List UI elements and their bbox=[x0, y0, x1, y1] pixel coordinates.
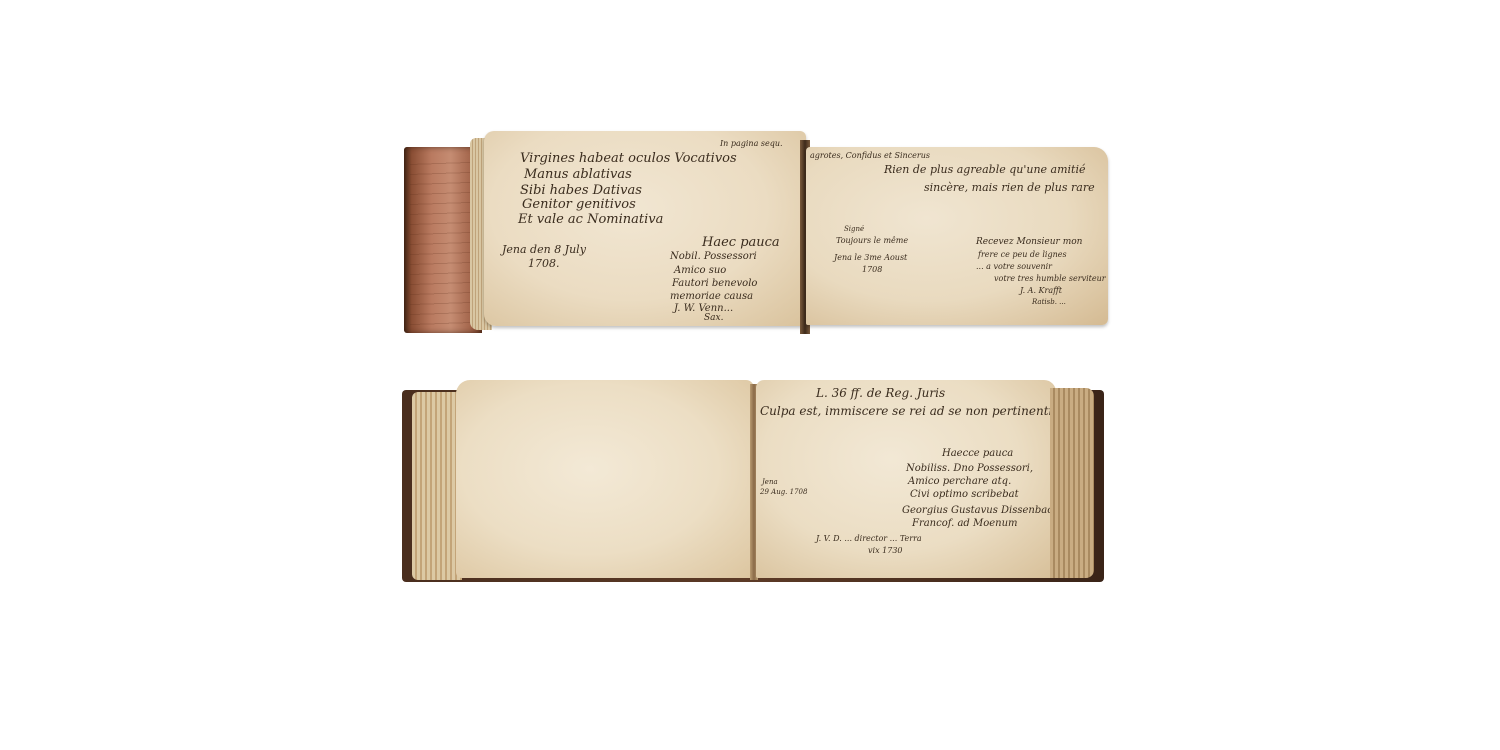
note-line: Toujours le même bbox=[836, 236, 908, 246]
top-book-left-page: In pagina sequ. Virgines habeat oculos V… bbox=[484, 131, 806, 326]
note-line: Signé bbox=[844, 225, 864, 233]
place-date: Jena bbox=[762, 478, 778, 486]
dedication-line: Sax. bbox=[704, 313, 723, 324]
dedication-line: Francof. ad Moenum bbox=[912, 518, 1018, 530]
verse-line: Manus ablativas bbox=[524, 167, 632, 183]
motto: Culpa est, immiscere se rei ad se non pe… bbox=[760, 404, 1052, 418]
dedication-line: Georgius Gustavus Dissenbach bbox=[902, 505, 1059, 517]
dedication-line: Recevez Monsieur mon bbox=[976, 237, 1082, 248]
dedication-line: Ratisb. ... bbox=[1032, 298, 1066, 306]
dedication-line: Nobil. Possessori bbox=[670, 251, 757, 263]
header-citation: L. 36 ff. de Reg. Juris bbox=[816, 386, 945, 400]
verse-line: Virgines habeat oculos Vocativos bbox=[520, 151, 737, 167]
dedication-line: ... a votre souvenir bbox=[976, 262, 1052, 272]
dedication-line: Haec pauca bbox=[702, 235, 780, 251]
dedication-line: Civi optimo scribebat bbox=[910, 489, 1019, 501]
bottom-book-right-page: L. 36 ff. de Reg. Juris Culpa est, immis… bbox=[756, 380, 1056, 578]
dedication-line: J. A. Krafft bbox=[1020, 286, 1062, 296]
top-book-right-page: agrotes, Confidus et Sincerus Rien de pl… bbox=[806, 147, 1108, 325]
verse-line: Genitor genitivos bbox=[522, 197, 636, 213]
dedication-line: Fautori benevolo bbox=[672, 278, 757, 290]
note-line: 1708 bbox=[862, 265, 882, 275]
footer-line: vix 1730 bbox=[868, 546, 903, 556]
top-note: agrotes, Confidus et Sincerus bbox=[810, 151, 930, 161]
place-date: 1708. bbox=[528, 257, 560, 270]
motto-line: Rien de plus agreable qu'une amitié bbox=[884, 163, 1086, 176]
place-date: 29 Aug. 1708 bbox=[760, 488, 807, 496]
place-date: Jena den 8 July bbox=[502, 243, 586, 256]
note-line: Jena le 3me Aoust bbox=[834, 253, 907, 263]
dedication-line: votre tres humble serviteur bbox=[994, 274, 1106, 284]
dedication-line: Amico perchare atq. bbox=[908, 476, 1011, 488]
dedication-line: Haecce pauca bbox=[942, 448, 1013, 460]
bottom-book-left-page-blank bbox=[456, 380, 754, 578]
dedication-line: Amico suo bbox=[674, 265, 726, 277]
verse-line: Et vale ac Nominativa bbox=[518, 212, 663, 228]
bottom-book-left-page-edges bbox=[412, 392, 462, 580]
dedication-line: Nobiliss. Dno Possessori, bbox=[906, 463, 1033, 475]
bottom-book-right-page-edges bbox=[1050, 388, 1094, 578]
dedication-line: frere ce peu de lignes bbox=[978, 250, 1067, 260]
corner-note: In pagina sequ. bbox=[720, 139, 783, 149]
footer-line: J. V. D. ... director ... Terra bbox=[816, 534, 922, 544]
top-book: In pagina sequ. Virgines habeat oculos V… bbox=[0, 0, 1500, 750]
dedication-line: memoriae causa bbox=[670, 291, 753, 303]
motto-line: sincère, mais rien de plus rare bbox=[924, 181, 1095, 194]
